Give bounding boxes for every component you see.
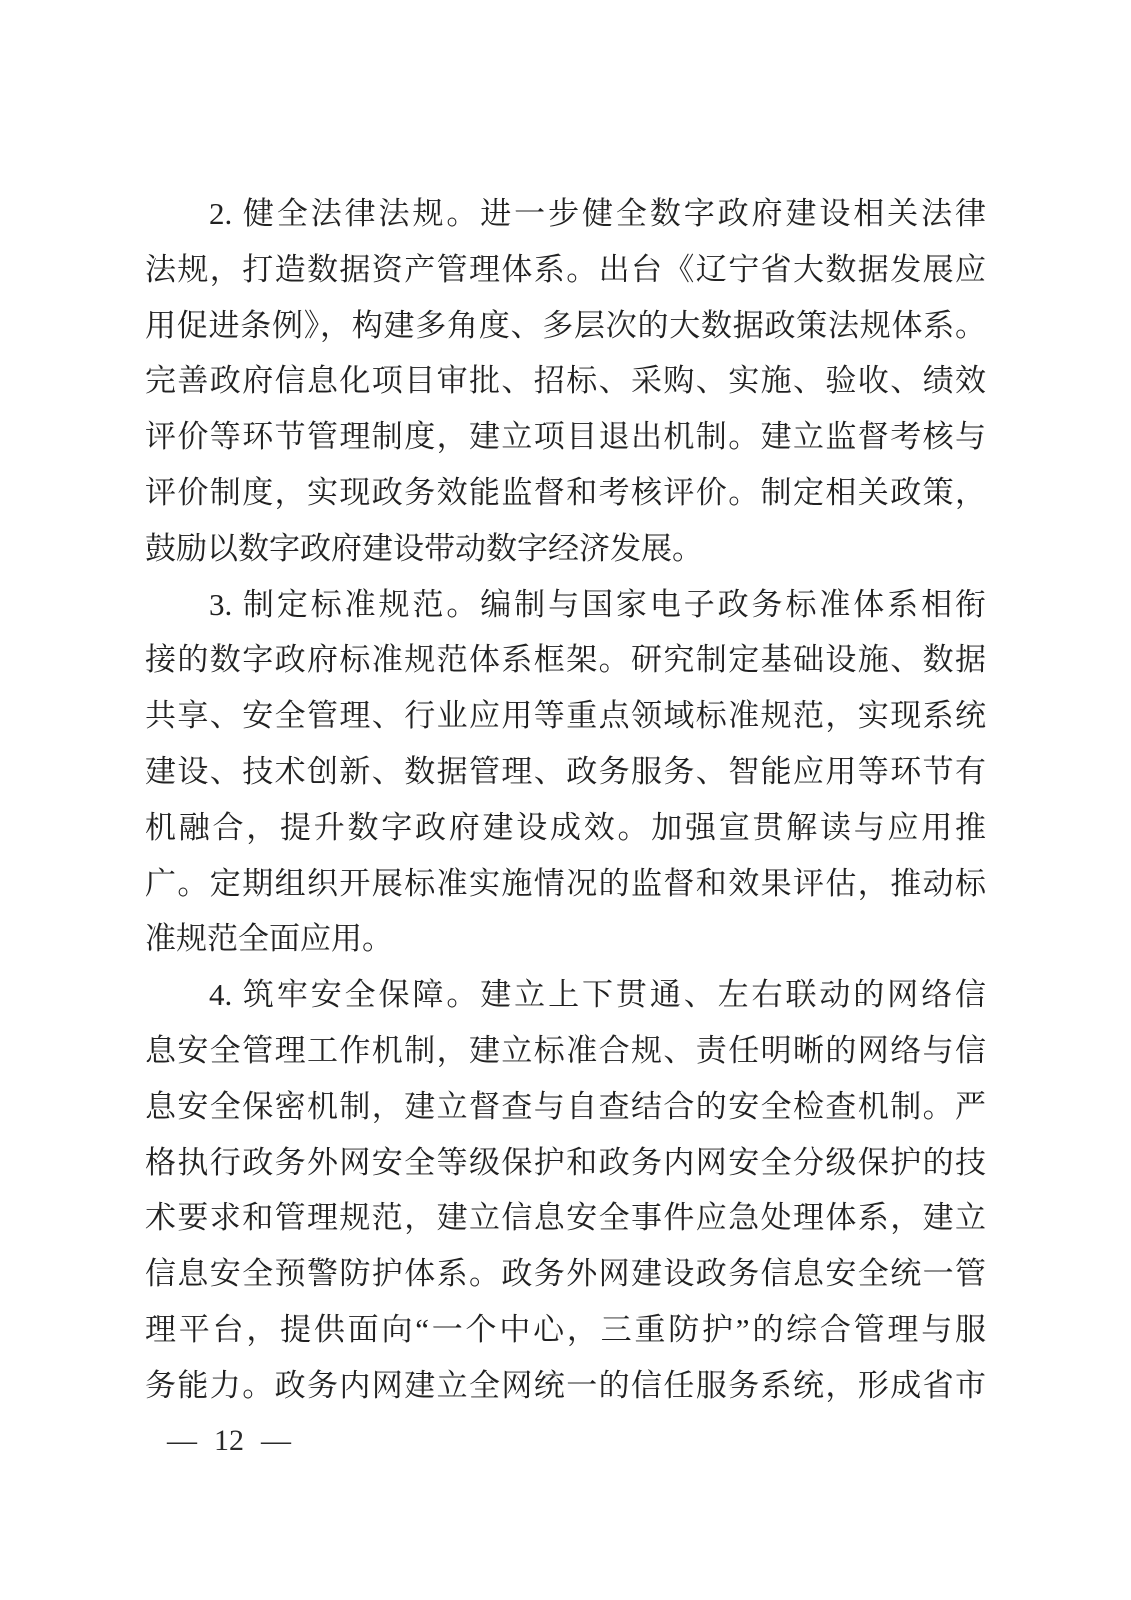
text-line: 术要求和管理规范，建立信息安全事件应急处理体系，建立 (145, 1190, 986, 1246)
text-line: 完善政府信息化项目审批、招标、采购、实施、验收、绩效 (145, 353, 986, 409)
footer-dash-right: — (261, 1424, 291, 1458)
text-line: 3. 制定标准规范。编制与国家电子政务标准体系相衔 (145, 577, 986, 633)
text-line: 评价制度，实现政务效能监督和考核评价。制定相关政策， (145, 465, 986, 521)
text-line: 接的数字政府标准规范体系框架。研究制定基础设施、数据 (145, 632, 986, 688)
page-footer: — 12 — (167, 1424, 291, 1458)
text-line: 准规范全面应用。 (145, 911, 986, 967)
paragraph-item-4: 4. 筑牢安全保障。建立上下贯通、左右联动的网络信 息安全管理工作机制，建立标准… (145, 967, 986, 1413)
paragraph-item-3: 3. 制定标准规范。编制与国家电子政务标准体系相衔 接的数字政府标准规范体系框架… (145, 577, 986, 968)
text-line: 息安全管理工作机制，建立标准合规、责任明晰的网络与信 (145, 1023, 986, 1079)
page-number: 12 (214, 1424, 244, 1458)
document-page: 2. 健全法律法规。进一步健全数字政府建设相关法律 法规，打造数据资产管理体系。… (0, 0, 1131, 1600)
text-line: 机融合，提升数字政府建设成效。加强宣贯解读与应用推 (145, 800, 986, 856)
text-line: 理平台，提供面向“一个中心，三重防护”的综合管理与服 (145, 1302, 986, 1358)
paragraph-item-2: 2. 健全法律法规。进一步健全数字政府建设相关法律 法规，打造数据资产管理体系。… (145, 186, 986, 577)
text-line: 4. 筑牢安全保障。建立上下贯通、左右联动的网络信 (145, 967, 986, 1023)
text-line: 建设、技术创新、数据管理、政务服务、智能应用等环节有 (145, 744, 986, 800)
text-line: 格执行政务外网安全等级保护和政务内网安全分级保护的技 (145, 1135, 986, 1191)
document-body: 2. 健全法律法规。进一步健全数字政府建设相关法律 法规，打造数据资产管理体系。… (145, 186, 986, 1414)
text-line: 鼓励以数字政府建设带动数字经济发展。 (145, 521, 986, 577)
text-line: 用促进条例》，构建多角度、多层次的大数据政策法规体系。 (145, 298, 986, 354)
text-line: 广。定期组织开展标准实施情况的监督和效果评估，推动标 (145, 856, 986, 912)
text-line: 息安全保密机制，建立督查与自查结合的安全检查机制。严 (145, 1079, 986, 1135)
footer-dash-left: — (167, 1424, 197, 1458)
text-line: 共享、安全管理、行业应用等重点领域标准规范，实现系统 (145, 688, 986, 744)
text-line: 2. 健全法律法规。进一步健全数字政府建设相关法律 (145, 186, 986, 242)
text-line: 务能力。政务内网建立全网统一的信任服务系统，形成省市 (145, 1358, 986, 1414)
text-line: 法规，打造数据资产管理体系。出台《辽宁省大数据发展应 (145, 242, 986, 298)
text-line: 信息安全预警防护体系。政务外网建设政务信息安全统一管 (145, 1246, 986, 1302)
text-line: 评价等环节管理制度，建立项目退出机制。建立监督考核与 (145, 409, 986, 465)
